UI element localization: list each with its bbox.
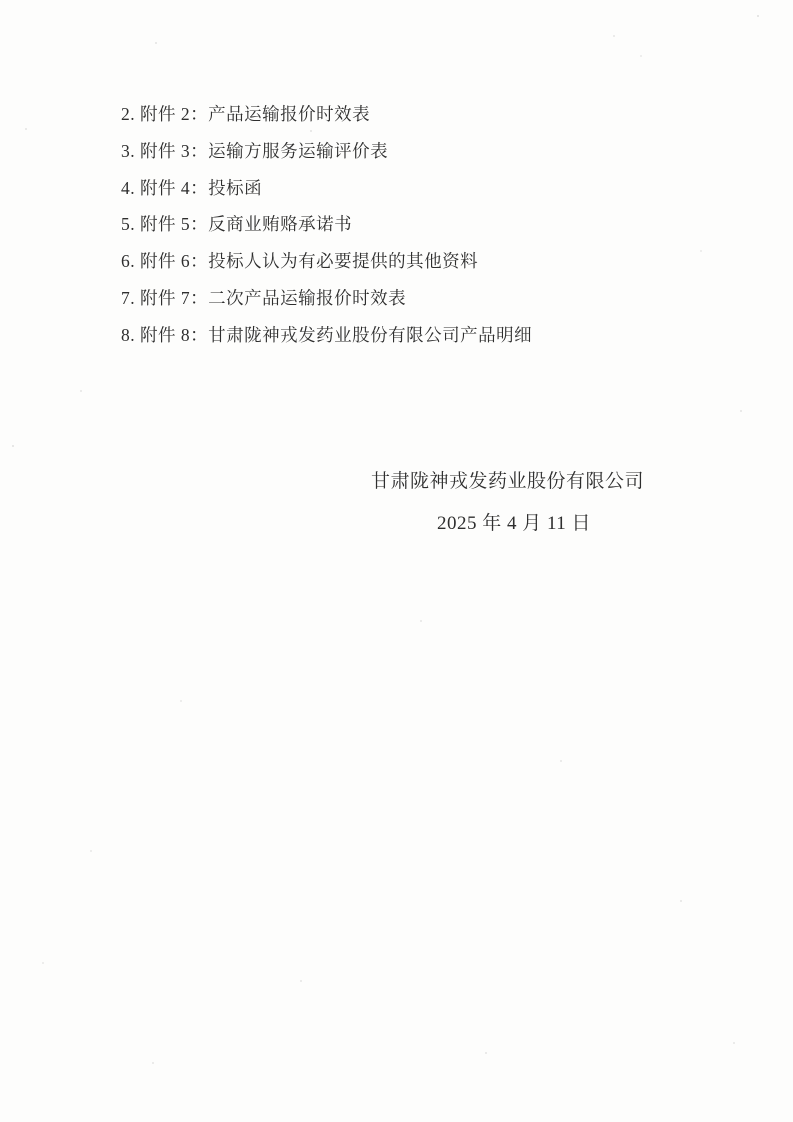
signature-company-name: 甘肃陇神戎发药业股份有限公司 [371, 466, 644, 493]
attachment-list: 2. 附件 2：产品运输报价时效表 3. 附件 3：运输方服务运输评价表 4. … [121, 96, 681, 354]
attachment-list-item: 3. 附件 3：运输方服务运输评价表 [121, 133, 681, 170]
attachment-list-item: 7. 附件 7：二次产品运输报价时效表 [121, 280, 681, 317]
signature-date: 2025 年 4 月 11 日 [437, 508, 591, 535]
scan-noise-speckles [0, 0, 2, 2]
attachment-list-item: 2. 附件 2：产品运输报价时效表 [121, 96, 681, 133]
attachment-list-item: 8. 附件 8：甘肃陇神戎发药业股份有限公司产品明细 [121, 317, 681, 354]
attachment-list-item: 4. 附件 4：投标函 [121, 170, 681, 207]
attachment-list-item: 5. 附件 5：反商业贿赂承诺书 [121, 206, 681, 243]
attachment-list-item: 6. 附件 6：投标人认为有必要提供的其他资料 [121, 243, 681, 280]
document-page: 2. 附件 2：产品运输报价时效表 3. 附件 3：运输方服务运输评价表 4. … [0, 0, 793, 1122]
